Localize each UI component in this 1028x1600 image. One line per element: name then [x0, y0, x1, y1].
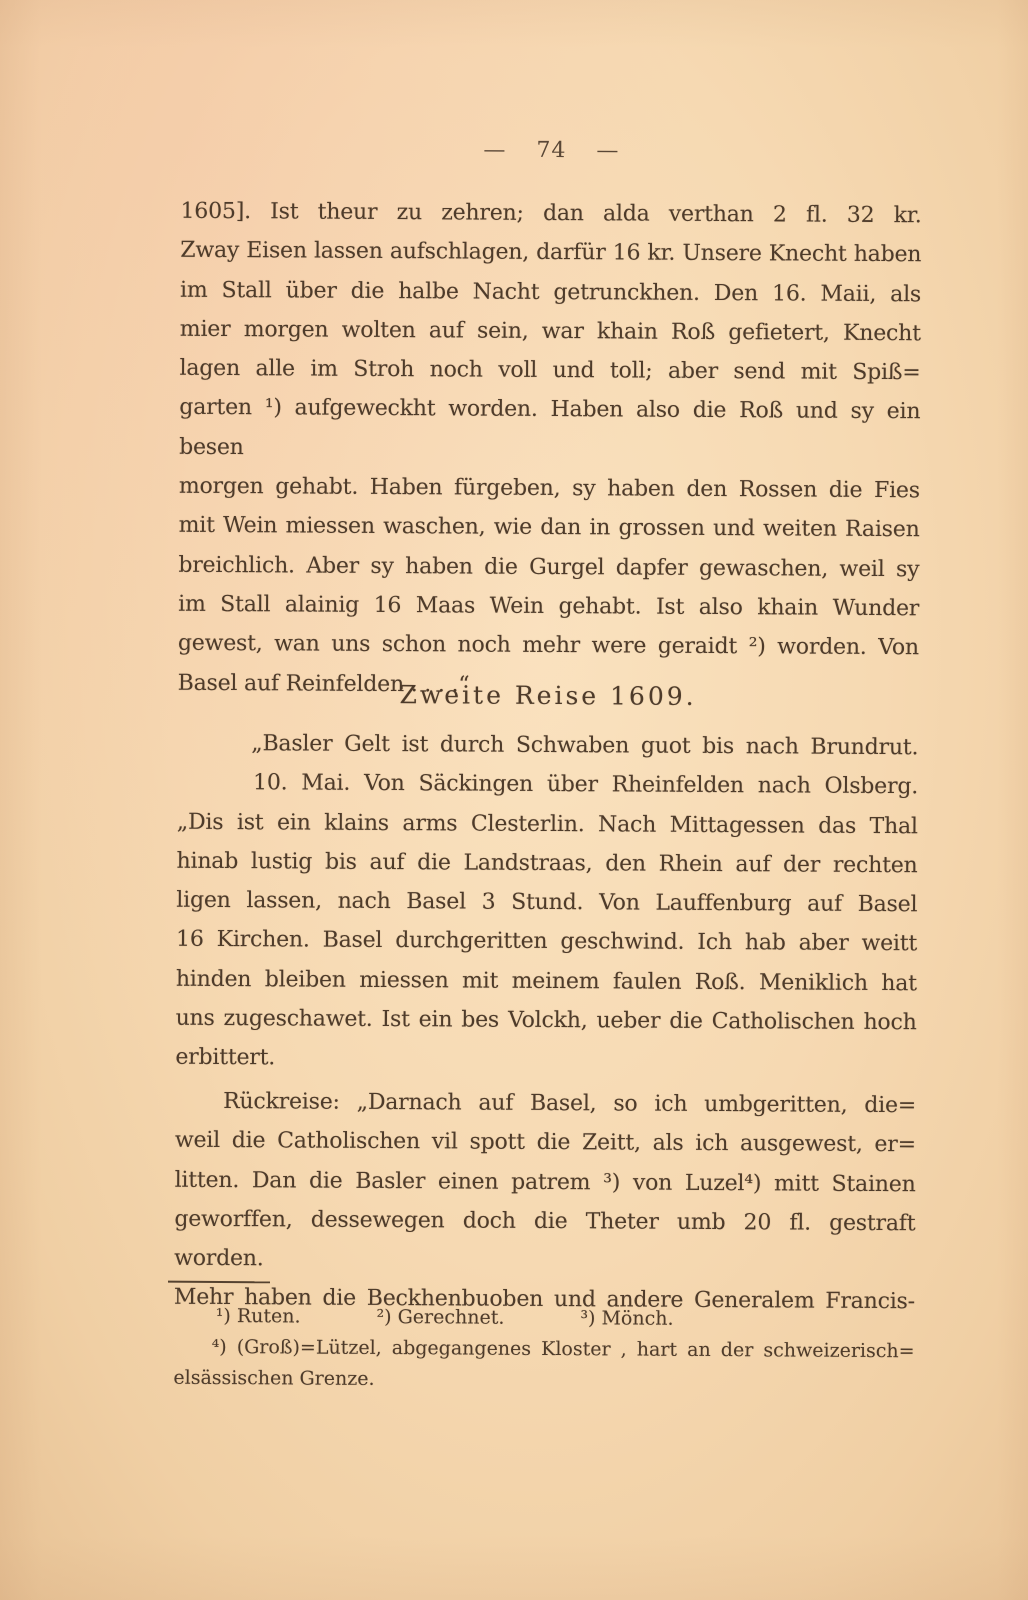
text-line: mit Wein miessen waschen, wie dan in gro…: [179, 506, 920, 550]
text-line: 1605]. Ist theur zu zehren; dan alda ver…: [180, 192, 921, 236]
text-line: Rückreise: „Darnach auf Basel, so ich um…: [175, 1082, 916, 1126]
section-heading: Zweite Reise 1609.: [177, 674, 918, 719]
text-line: „Basler Gelt ist durch Schwaben guot bis…: [177, 724, 918, 768]
text-line: erbittert.: [175, 1038, 916, 1082]
text-line: hinab lustig bis auf die Landstraas, den…: [176, 842, 917, 886]
footnotes: ¹) Ruten.²) Gerechnet.³) Mönch. ⁴) (Groß…: [173, 1301, 915, 1399]
text-line: 10. Mai. Von Säckingen über Rheinfelden …: [177, 763, 918, 807]
text-line: hinden bleiben miessen mit meinem faulen…: [176, 960, 917, 1004]
text-line: „Dis ist ein klains arms Clesterlin. Nac…: [177, 802, 918, 846]
paragraph-second-journey: „Basler Gelt ist durch Schwaben guot bis…: [175, 724, 918, 1082]
text-line: im Stall alainig 16 Maas Wein gehabt. Is…: [178, 585, 919, 629]
paragraph-return-journey: Rückreise: „Darnach auf Basel, so ich um…: [174, 1082, 916, 1322]
text-line: uns zugeschawet. Ist ein bes Volckh, ueb…: [175, 999, 916, 1043]
paragraph-continuation-1605: 1605]. Ist theur zu zehren; dan alda ver…: [178, 192, 922, 707]
text-line: elsässischen Grenze.: [173, 1363, 914, 1399]
text-line: geworffen, dessewegen doch die Theter um…: [174, 1200, 915, 1283]
text-line: lagen alle im Stroh noch voll und toll; …: [179, 349, 920, 393]
text-line: weil die Catholischen vil spott die Zeit…: [175, 1121, 916, 1165]
text-line: ⁴) (Groß)=Lützel, abgegangenes Kloster ,…: [174, 1332, 915, 1368]
text-line: morgen gehabt. Haben fürgeben, sy haben …: [179, 467, 920, 511]
text-block: — 74 — 1605]. Ist theur zu zehren; dan a…: [173, 136, 922, 1471]
footnote-item: ¹) Ruten.: [216, 1301, 301, 1333]
text-line: im Stall über die halbe Nacht getrunckhe…: [180, 270, 921, 314]
footnote-row: ¹) Ruten.²) Gerechnet.³) Mönch.: [174, 1301, 915, 1337]
text-line: ligen lassen, nach Basel 3 Stund. Von La…: [176, 881, 917, 925]
footnote-item: ³) Mönch.: [580, 1303, 673, 1335]
footnote-item: ²) Gerechnet.: [376, 1302, 504, 1334]
text-line: garten ¹) aufgeweckht worden. Haben also…: [179, 388, 920, 471]
text-line: breichlich. Aber sy haben die Gurgel dap…: [178, 545, 919, 589]
footnote-long: ⁴) (Groß)=Lützel, abgegangenes Kloster ,…: [173, 1332, 914, 1399]
scanned-book-page: — 74 — 1605]. Ist theur zu zehren; dan a…: [0, 0, 1028, 1600]
text-line: 16 Kirchen. Basel durchgeritten geschwin…: [176, 920, 917, 964]
text-line: gewest, wan uns schon noch mehr were ger…: [178, 624, 919, 668]
text-line: litten. Dan die Basler einen patrem ³) v…: [175, 1160, 916, 1204]
text-line: Zway Eisen lassen aufschlagen, darfür 16…: [180, 231, 921, 275]
text-line: mier morgen wolten auf sein, war khain R…: [180, 310, 921, 354]
page-number: — 74 —: [181, 136, 922, 166]
